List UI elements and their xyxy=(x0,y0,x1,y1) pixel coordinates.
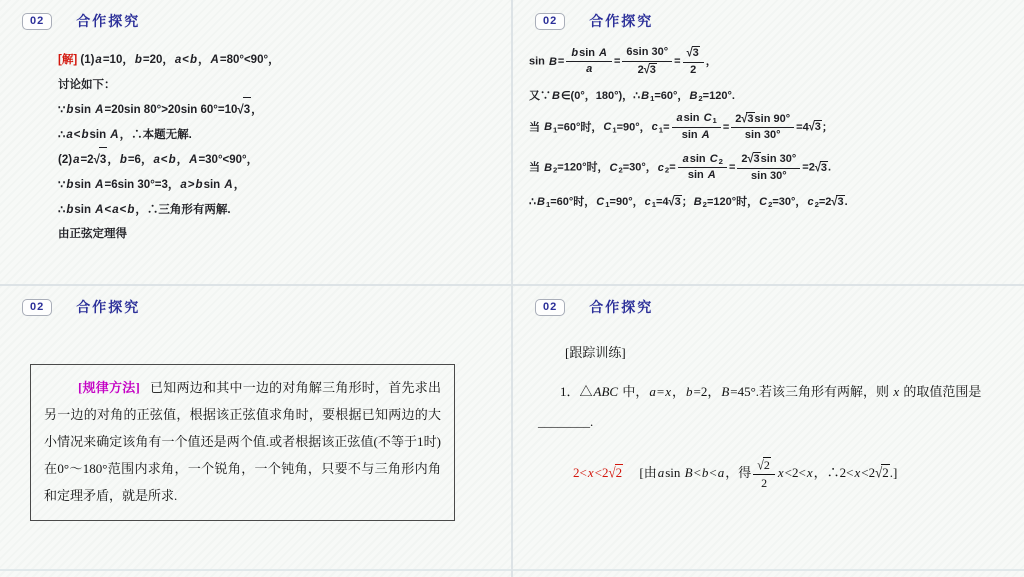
slide-footer-rule xyxy=(0,569,511,571)
training-question: 1．△ABC 中，a=x，b=2，B=45°.若该三角形有两解，则 x 的取值范… xyxy=(538,377,996,437)
solution-part1-content: [解] (1)a=10，b=20，a<b，A=80°<90°，讨论如下：∵bsi… xyxy=(0,34,511,247)
fraction: bsin Aa xyxy=(566,47,612,78)
slide-contact-sheet: 02 合作探究 [解] (1)a=10，b=20，a<b，A=80°<90°，讨… xyxy=(0,0,1024,577)
radical: √2 xyxy=(875,465,890,480)
radical: √3 xyxy=(741,113,754,125)
radical: √3 xyxy=(94,154,108,166)
formula-line: 当 B2=120°时，C2=30°，c2=asin C2sin A=2√3sin… xyxy=(529,152,1020,184)
fraction: asin C2sin A xyxy=(678,153,727,184)
radical: √3 xyxy=(687,47,700,59)
method-content: [规律方法]已知两边和其中一边的对角解三角形时，首先求出另一边的对角的正弦值，根… xyxy=(0,320,511,521)
training-answer: 2<x<2√2 [由asin B<b<a，得√22x<2<x，∴2<x<2√2.… xyxy=(573,457,996,491)
radical: √3 xyxy=(644,64,657,76)
method-summary-box: [规律方法]已知两边和其中一边的对角解三角形时，首先求出另一边的对角的正弦值，根… xyxy=(30,364,455,521)
slide-title: 合作探究 xyxy=(589,297,653,317)
radical: √3 xyxy=(669,196,682,208)
radical: √3 xyxy=(815,162,828,174)
slide-header: 02 合作探究 xyxy=(0,0,511,34)
formula-line: ∵bsin A=20sin 80°>20sin 60°=10√3， xyxy=(58,97,503,123)
radical: √3 xyxy=(237,104,251,116)
slide-header: 02 合作探究 xyxy=(0,286,511,320)
slide-title: 合作探究 xyxy=(589,11,653,31)
slide-footer-rule xyxy=(513,569,1024,571)
training-content: [跟踪训练] 1．△ABC 中，a=x，b=2，B=45°.若该三角形有两解，则… xyxy=(513,320,1024,491)
method-text: 已知两边和其中一边的对角解三角形时，首先求出另一边的对角的正弦值，根据该正弦值求… xyxy=(44,380,441,503)
radical: √2 xyxy=(757,458,771,472)
slide-bottom-left: 02 合作探究 [规律方法]已知两边和其中一边的对角解三角形时，首先求出另一边的… xyxy=(0,286,511,577)
formula-line: (2)a=2√3，b=6，a<b，A=30°<90°， xyxy=(58,147,503,173)
formula-line: ∴bsin A<a<b，∴三角形有两解. xyxy=(58,198,503,223)
training-label: [跟踪训练] xyxy=(565,342,996,361)
radical: √3 xyxy=(831,196,844,208)
slide-bottom-right: 02 合作探究 [跟踪训练] 1．△ABC 中，a=x，b=2，B=45°.若该… xyxy=(513,286,1024,577)
slide-header: 02 合作探究 xyxy=(513,0,1024,34)
section-number-badge: 02 xyxy=(535,13,565,30)
section-number-badge: 02 xyxy=(535,299,565,316)
fraction: √32 xyxy=(683,46,704,78)
solution-part2-content: sin B=bsin Aa=6sin 30°2√3=√32，又∵B∈(0°，18… xyxy=(513,34,1024,209)
radical: √2 xyxy=(608,465,623,480)
section-number-badge: 02 xyxy=(22,13,52,30)
slide-title: 合作探究 xyxy=(76,11,140,31)
fraction: 2√3sin 30°sin 30° xyxy=(737,152,800,184)
formula-line: 当 B1=60°时，C1=90°，c1=asin C1sin A=2√3sin … xyxy=(529,112,1020,144)
radical: √3 xyxy=(748,153,761,165)
formula-line: 由正弦定理得 xyxy=(58,222,503,247)
formula-line: sin B=bsin Aa=6sin 30°2√3=√32， xyxy=(529,46,1020,78)
section-number-badge: 02 xyxy=(22,299,52,316)
formula-line: ∴B1=60°时，C1=90°，c1=4√3；B2=120°时，C2=30°，c… xyxy=(529,193,1020,209)
fraction: √22 xyxy=(753,457,775,491)
slide-top-left: 02 合作探究 [解] (1)a=10，b=20，a<b，A=80°<90°，讨… xyxy=(0,0,511,284)
fraction: 6sin 30°2√3 xyxy=(622,46,672,78)
formula-line: 又∵B∈(0°，180°)，∴B1=60°，B2=120°. xyxy=(529,87,1020,103)
formula-line: 讨论如下： xyxy=(58,73,503,98)
formula-line: ∵bsin A=6sin 30°=3，a>bsin A， xyxy=(58,173,503,198)
method-label: [规律方法] xyxy=(78,380,140,395)
formula-line: ∴a<bsin A，∴本题无解. xyxy=(58,123,503,148)
slide-header: 02 合作探究 xyxy=(513,286,1024,320)
radical: √3 xyxy=(809,121,822,133)
slide-top-right: 02 合作探究 sin B=bsin Aa=6sin 30°2√3=√32，又∵… xyxy=(513,0,1024,284)
fraction: 2√3sin 90°sin 30° xyxy=(731,112,794,144)
formula-line: [解] (1)a=10，b=20，a<b，A=80°<90°， xyxy=(58,48,503,73)
slide-title: 合作探究 xyxy=(76,297,140,317)
fraction: asin C1sin A xyxy=(672,112,721,143)
